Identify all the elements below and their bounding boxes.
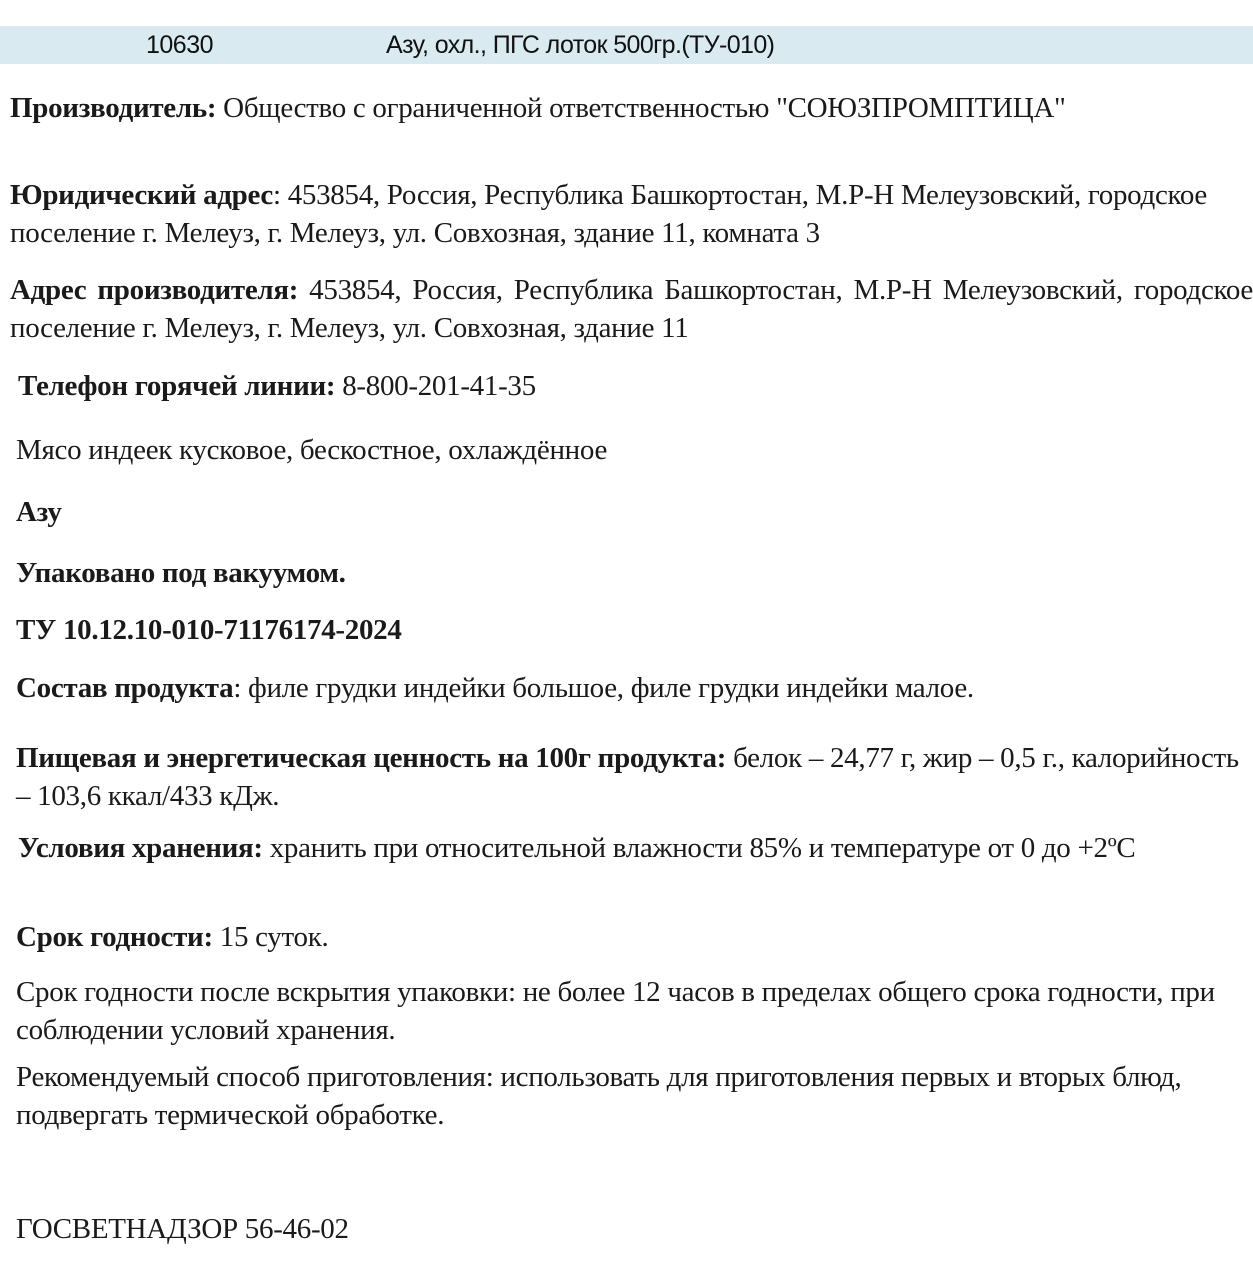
producer-address-label: Адрес производителя: <box>10 274 298 306</box>
manufacturer-label: Производитель: <box>10 92 216 124</box>
hotline-label: Телефон горячей линии: <box>18 370 335 402</box>
legal-address: Юридический адрес: 453854, Россия, Респу… <box>10 176 1253 252</box>
nutrition-label: Пищевая и энергетическая ценность на 100… <box>16 742 726 774</box>
composition: Состав продукта: филе грудки индейки бол… <box>16 669 1236 707</box>
product-header-bar: 10630 Азу, охл., ПГС лоток 500гр.(ТУ-010… <box>0 26 1253 64</box>
producer-address: Адрес производителя: 453854, Россия, Рес… <box>10 271 1253 347</box>
product-type: Мясо индеек кусковое, бескостное, охлажд… <box>16 431 1236 469</box>
hotline: Телефон горячей линии: 8-800-201-41-35 <box>18 367 1238 405</box>
cooking-recommendation: Рекомендуемый способ приготовления: испо… <box>16 1058 1216 1134</box>
standard-code: ТУ 10.12.10-010-71176174-2024 <box>16 611 1236 649</box>
shelf-life: Срок годности: 15 суток. <box>16 918 1236 956</box>
after-opening-note: Срок годности после вскрытия упаковки: н… <box>16 973 1216 1049</box>
composition-label: Состав продукта <box>16 672 233 704</box>
product-title: Азу <box>16 493 1236 531</box>
manufacturer-line: Производитель: Общество с ограниченной о… <box>10 89 1250 127</box>
shelf-life-label: Срок годности: <box>16 921 213 953</box>
legal-address-label: Юридический адрес <box>10 179 273 211</box>
vet-control-code: ГОСВЕТНАДЗОР 56-46-02 <box>16 1210 1216 1248</box>
manufacturer-value: Общество с ограниченной ответственностью… <box>216 92 1065 124</box>
nutrition: Пищевая и энергетическая ценность на 100… <box>16 739 1241 815</box>
packaging-note: Упаковано под вакуумом. <box>16 554 1236 592</box>
product-name: Азу, охл., ПГС лоток 500гр.(ТУ-010) <box>386 31 774 60</box>
storage-label: Условия хранения: <box>18 832 263 864</box>
composition-value: : филе грудки индейки большое, филе груд… <box>233 672 974 704</box>
storage-conditions: Условия хранения: хранить при относитель… <box>18 829 1243 867</box>
product-code: 10630 <box>146 31 213 60</box>
shelf-life-value: 15 суток. <box>213 921 329 953</box>
hotline-value: 8-800-201-41-35 <box>335 370 536 402</box>
storage-value: хранить при относительной влажности 85% … <box>263 832 1136 864</box>
